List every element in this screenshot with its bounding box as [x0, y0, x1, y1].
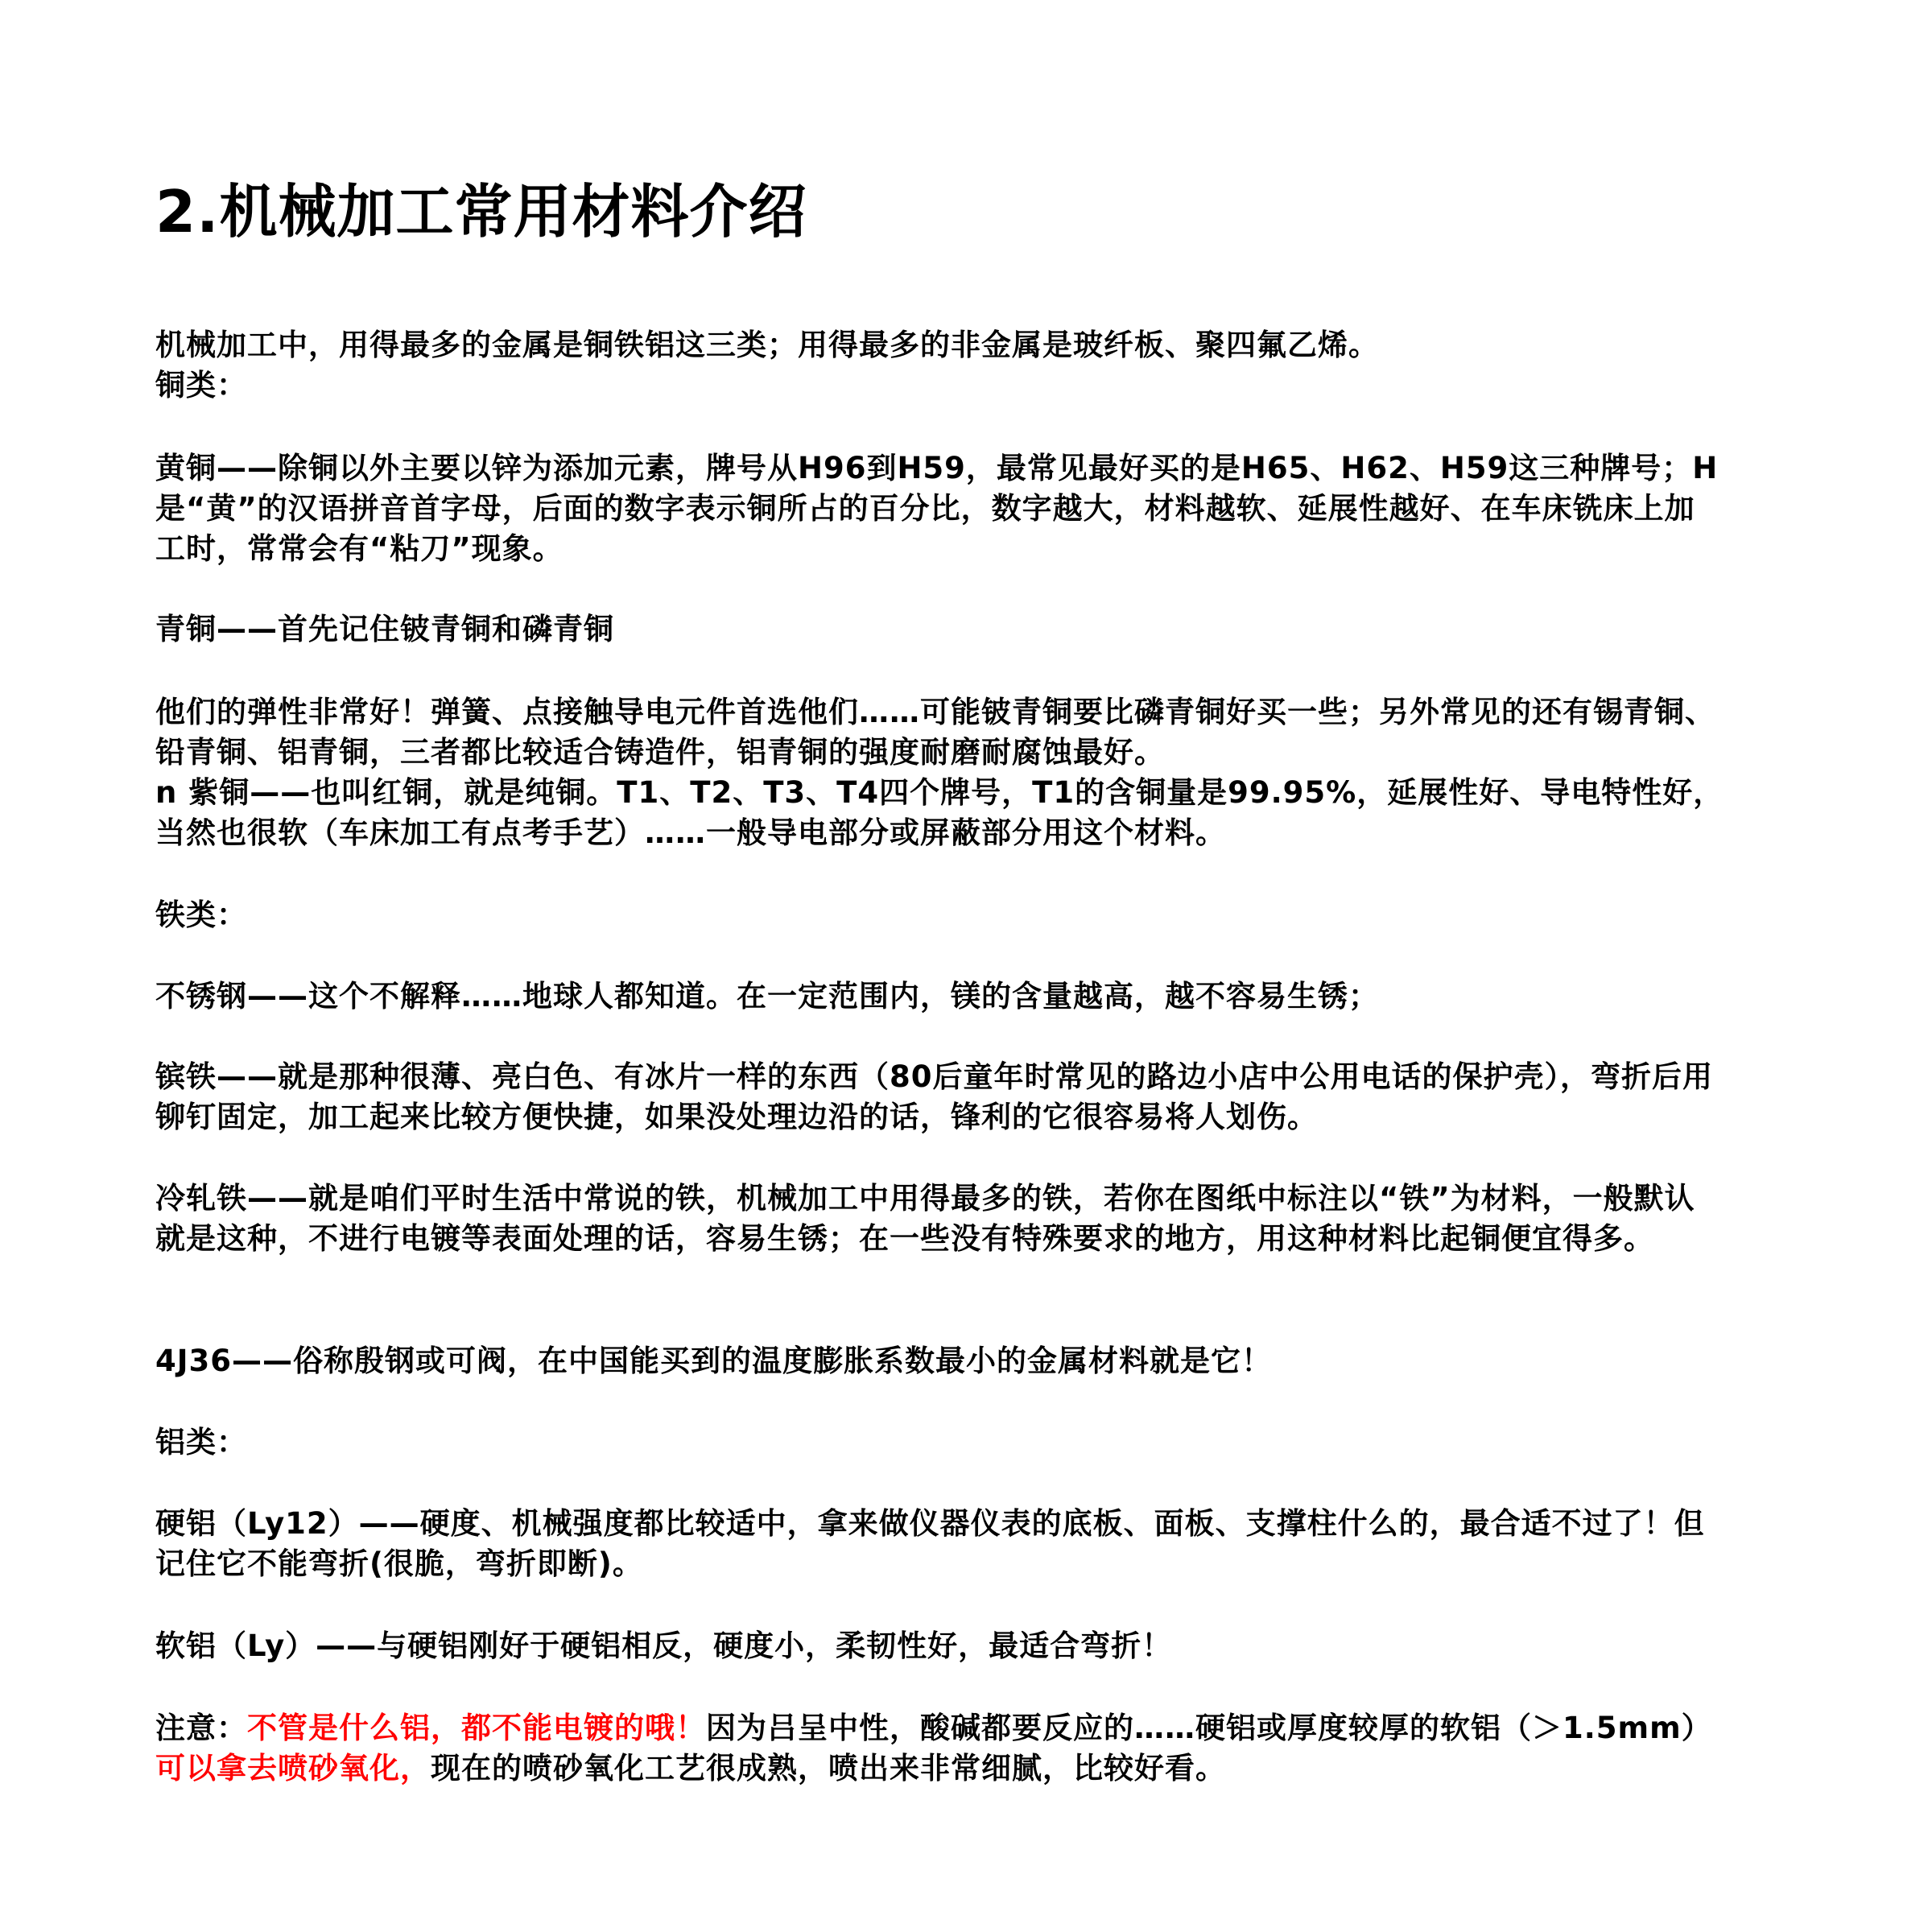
iron-heading: 铁类： [155, 895, 1725, 935]
page-title: 2.机械加工常用材料介绍 [155, 175, 807, 248]
invar-paragraph: 4J36——俗称殷钢或可阀，在中国能买到的温度膨胀系数最小的金属材料就是它！ [155, 1341, 1725, 1381]
bronze-title: 青铜——首先记住铍青铜和磷青铜 [155, 609, 1725, 650]
note-label: 注意： [155, 1711, 247, 1745]
note-text-2: 现在的喷砂氧化工艺很成熟，喷出来非常细腻，比较好看。 [431, 1751, 1226, 1785]
intro-text: 机械加工中，用得最多的金属是铜铁铝这三类；用得最多的非金属是玻纤板、聚四氟乙烯。 [155, 328, 1379, 362]
brass-paragraph: 黄铜——除铜以外主要以锌为添加元素，牌号从H96到H59，最常见最好买的是H65… [155, 448, 1725, 569]
soft-aluminum-paragraph: 软铝（Ly）——与硬铝刚好于硬铝相反，硬度小，柔韧性好，最适合弯折！ [155, 1626, 1725, 1666]
note-paragraph: 注意：不管是什么铝，都不能电镀的哦！因为吕呈中性，酸碱都要反应的……硬铝或厚度较… [155, 1708, 1725, 1789]
note-text-1: 因为吕呈中性，酸碱都要反应的……硬铝或厚度较厚的软铝（＞1.5mm） [706, 1711, 1712, 1745]
copper-heading: 铜类： [155, 368, 247, 402]
red-copper-paragraph: n 紫铜——也叫红铜，就是纯铜。T1、T2、T3、T4四个牌号，T1的含铜量是9… [155, 773, 1725, 853]
note-highlight-red: 可以拿去喷砂氧化， [155, 1751, 431, 1785]
intro-paragraph: 机械加工中，用得最多的金属是铜铁铝这三类；用得最多的非金属是玻纤板、聚四氟乙烯。… [155, 325, 1725, 406]
bronze-paragraph: 他们的弹性非常好！弹簧、点接触导电元件首选他们……可能铍青铜要比磷青铜好买一些；… [155, 692, 1725, 773]
note-warning-red: 不管是什么铝，都不能电镀的哦！ [247, 1711, 706, 1745]
tinplate-paragraph: 镔铁——就是那种很薄、亮白色、有冰片一样的东西（80后童年时常见的路边小店中公用… [155, 1057, 1725, 1137]
cold-rolled-paragraph: 冷轧铁——就是咱们平时生活中常说的铁，机械加工中用得最多的铁，若你在图纸中标注以… [155, 1179, 1725, 1259]
aluminum-heading: 铝类： [155, 1422, 1725, 1463]
hard-aluminum-paragraph: 硬铝（Ly12）——硬度、机械强度都比较适中，拿来做仪器仪表的底板、面板、支撑柱… [155, 1504, 1725, 1584]
stainless-paragraph: 不锈钢——这个不解释……地球人都知道。在一定范围内，镁的含量越高，越不容易生锈； [155, 976, 1725, 1017]
